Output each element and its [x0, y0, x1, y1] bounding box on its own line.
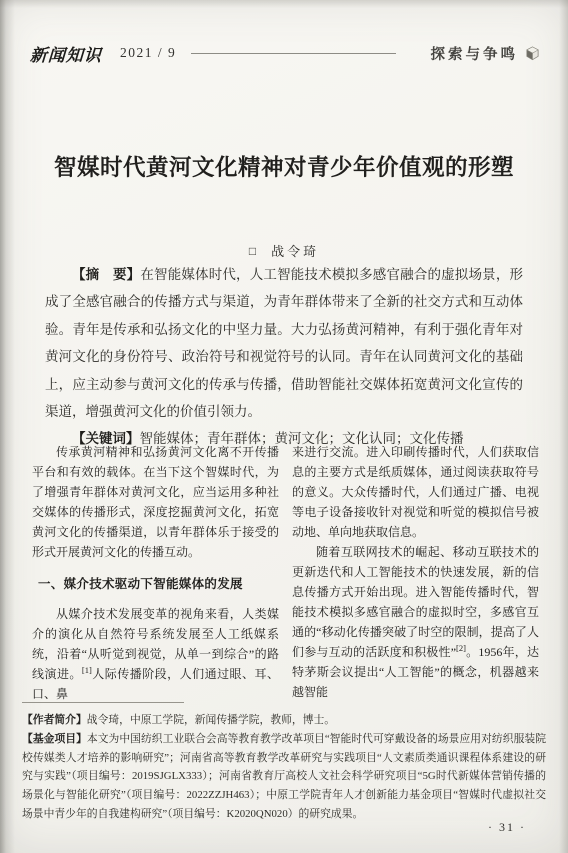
right-column: 来进行交流。进入印刷传播时代，人们获取信息的主要方式是纸质媒体，通过阅读获取符号… [292, 442, 539, 704]
page-footer: 【作者简介】战令琦，中原工学院，新闻传播学院，教师，博士。 【基金项目】本文为中… [22, 711, 546, 824]
author-bio-label: 【作者简介】 [22, 714, 87, 726]
author-marker-box: □ [249, 245, 256, 257]
article-title: 智媒时代黄河文化精神对青少年价值观的形塑 [0, 150, 568, 182]
section-column-name: 探索与争鸣 [431, 43, 519, 64]
fund-project-label: 【基金项目】 [22, 733, 87, 745]
paragraph-text: 随着互联网技术的崛起、移动互联技术的更新迭代和人工智能技术的快速发展，新的信息传… [292, 545, 539, 659]
scan-edge-right [559, 0, 568, 853]
abstract-paragraph: 【摘 要】在智能媒体时代，人工智能技术模拟多感官融合的虚拟场景，形成了全感官融合… [45, 261, 523, 425]
journal-page: 新闻知识 2021 / 9 探索与争鸣 智媒时代黄河文化精神对青少年价值观的形塑… [0, 0, 568, 853]
page-header: 新闻知识 2021 / 9 探索与争鸣 [30, 40, 540, 66]
header-divider-line [191, 53, 396, 54]
body-paragraph: 随着互联网技术的崛起、移动互联技术的更新迭代和人工智能技术的快速发展，新的信息传… [292, 542, 539, 702]
abstract-block: 【摘 要】在智能媒体时代，人工智能技术模拟多感官融合的虚拟场景，形成了全感官融合… [45, 261, 523, 453]
abstract-label: 【摘 要】 [72, 267, 140, 282]
citation-ref-2: [2] [456, 643, 466, 653]
body-paragraph: 从媒介技术发展变革的视角来看，人类媒介的演化从自然符号系统发展至人工纸媒系统，沿… [32, 604, 279, 704]
abstract-text: 在智能媒体时代，人工智能技术模拟多感官融合的虚拟场景，形成了全感官融合的传播方式… [45, 267, 523, 419]
footnote-divider-line [22, 702, 184, 703]
page-number: · 31 · [462, 820, 552, 835]
journal-logo: 新闻知识 [29, 41, 102, 66]
body-paragraph: 传承黄河精神和弘扬黄河文化离不开传播平台和有效的载体。在当下这个智媒时代，为了增… [32, 442, 279, 562]
section-heading: 一、媒介技术驱动下智能媒体的发展 [32, 574, 279, 594]
fund-project-line: 【基金项目】本文为中国纺织工业联合会高等教育教学改革项目“智能时代可穿戴设备的场… [22, 730, 546, 824]
scan-edge-left [0, 0, 15, 853]
article-body: 传承黄河精神和弘扬黄河文化离不开传播平台和有效的载体。在当下这个智媒时代，为了增… [32, 442, 540, 704]
citation-ref-1: [1] [82, 665, 92, 675]
fund-project-text: 本文为中国纺织工业联合会高等教育教学改革项目“智能时代可穿戴设备的场景应用对纺织… [22, 733, 546, 820]
author-bio-line: 【作者简介】战令琦，中原工学院，新闻传播学院，教师，博士。 [22, 711, 546, 730]
body-paragraph: 来进行交流。进入印刷传播时代，人们获取信息的主要方式是纸质媒体，通过阅读获取符号… [292, 442, 539, 542]
author-bio-text: 战令琦，中原工学院，新闻传播学院，教师，博士。 [87, 714, 335, 726]
cube-icon [525, 46, 540, 61]
scan-edge-top [0, 0, 568, 8]
author-name: 战令琦 [271, 241, 319, 260]
author-row: □ 战令琦 [0, 241, 568, 260]
left-column: 传承黄河精神和弘扬黄河文化离不开传播平台和有效的载体。在当下这个智媒时代，为了增… [32, 442, 279, 704]
issue-number: 2021 / 9 [120, 45, 176, 61]
